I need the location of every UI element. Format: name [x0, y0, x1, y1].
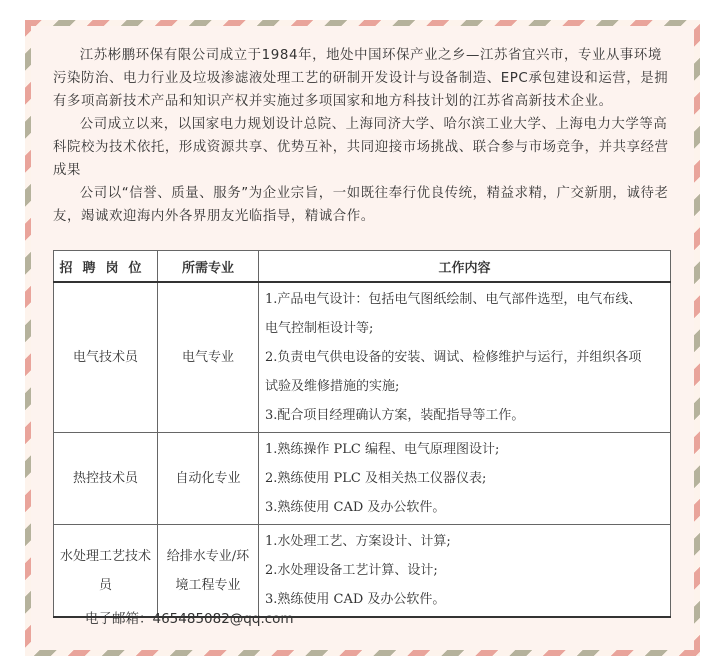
duty-line: 3.熟练使用 CAD 及办公软件。 — [265, 493, 664, 522]
airmail-envelope-border: 江苏彬鹏环保有限公司成立于1984年，地处中国环保产业之乡—江苏省宜兴市，专业从… — [25, 20, 700, 656]
duty-line: 2.熟练使用 PLC 及相关热工仪器仪表; — [265, 464, 664, 493]
table-row: 水处理工艺技术员 给排水专业/环境工程专业 1.水处理工艺、方案设计、计算; 2… — [54, 525, 671, 618]
duty-line: 2.负责电气供电设备的安装、调试、检修维护与运行，并组织各项 — [265, 343, 664, 372]
header-position: 招聘岗位 — [54, 251, 158, 283]
content-panel: 江苏彬鹏环保有限公司成立于1984年，地处中国环保产业之乡—江苏省宜兴市，专业从… — [31, 26, 694, 650]
table-row: 热控技术员 自动化专业 1.熟练操作 PLC 编程、电气原理图设计; 2.熟练使… — [54, 433, 671, 525]
position-cell: 热控技术员 — [54, 433, 158, 525]
duty-line: 试验及维修措施的实施; — [265, 372, 664, 401]
position-cell: 电气技术员 — [54, 282, 158, 433]
company-intro: 江苏彬鹏环保有限公司成立于1984年，地处中国环保产业之乡—江苏省宜兴市，专业从… — [53, 44, 673, 228]
duties-cell: 1.熟练操作 PLC 编程、电气原理图设计; 2.熟练使用 PLC 及相关热工仪… — [259, 433, 671, 525]
duties-cell: 1.产品电气设计：包括电气图纸绘制、电气部件选型，电气布线、 电气控制柜设计等;… — [259, 282, 671, 433]
major-cell: 自动化专业 — [158, 433, 259, 525]
duty-line: 3.熟练使用 CAD 及办公软件。 — [265, 585, 664, 614]
duty-line: 2.水处理设备工艺计算、设计; — [265, 556, 664, 585]
position-cell: 水处理工艺技术员 — [54, 525, 158, 618]
table-header-row: 招聘岗位 所需专业 工作内容 — [54, 251, 671, 283]
major-cell: 给排水专业/环境工程专业 — [158, 525, 259, 618]
header-duties: 工作内容 — [259, 251, 671, 283]
intro-paragraph: 公司以“信誉、质量、服务”为企业宗旨，一如既往奉行优良传统，精益求精，广交新朋，… — [53, 182, 673, 228]
intro-paragraph: 江苏彬鹏环保有限公司成立于1984年，地处中国环保产业之乡—江苏省宜兴市，专业从… — [53, 44, 673, 113]
duties-cell: 1.水处理工艺、方案设计、计算; 2.水处理设备工艺计算、设计; 3.熟练使用 … — [259, 525, 671, 618]
header-major: 所需专业 — [158, 251, 259, 283]
table-row: 电气技术员 电气专业 1.产品电气设计：包括电气图纸绘制、电气部件选型，电气布线… — [54, 282, 671, 433]
intro-paragraph: 公司成立以来，以国家电力规划设计总院、上海同济大学、哈尔滨工业大学、上海电力大学… — [53, 113, 673, 182]
contact-email: 电子邮箱：465485082@qq.com — [85, 607, 294, 627]
duty-line: 电气控制柜设计等; — [265, 314, 664, 343]
recruitment-table: 招聘岗位 所需专业 工作内容 电气技术员 电气专业 1.产品电气设计：包括电气图… — [53, 250, 671, 618]
duty-line: 3.配合项目经理确认方案，装配指导等工作。 — [265, 401, 664, 430]
duty-line: 1.水处理工艺、方案设计、计算; — [265, 527, 664, 556]
major-cell: 电气专业 — [158, 282, 259, 433]
duty-line: 1.熟练操作 PLC 编程、电气原理图设计; — [265, 435, 664, 464]
duty-line: 1.产品电气设计：包括电气图纸绘制、电气部件选型，电气布线、 — [265, 285, 664, 314]
